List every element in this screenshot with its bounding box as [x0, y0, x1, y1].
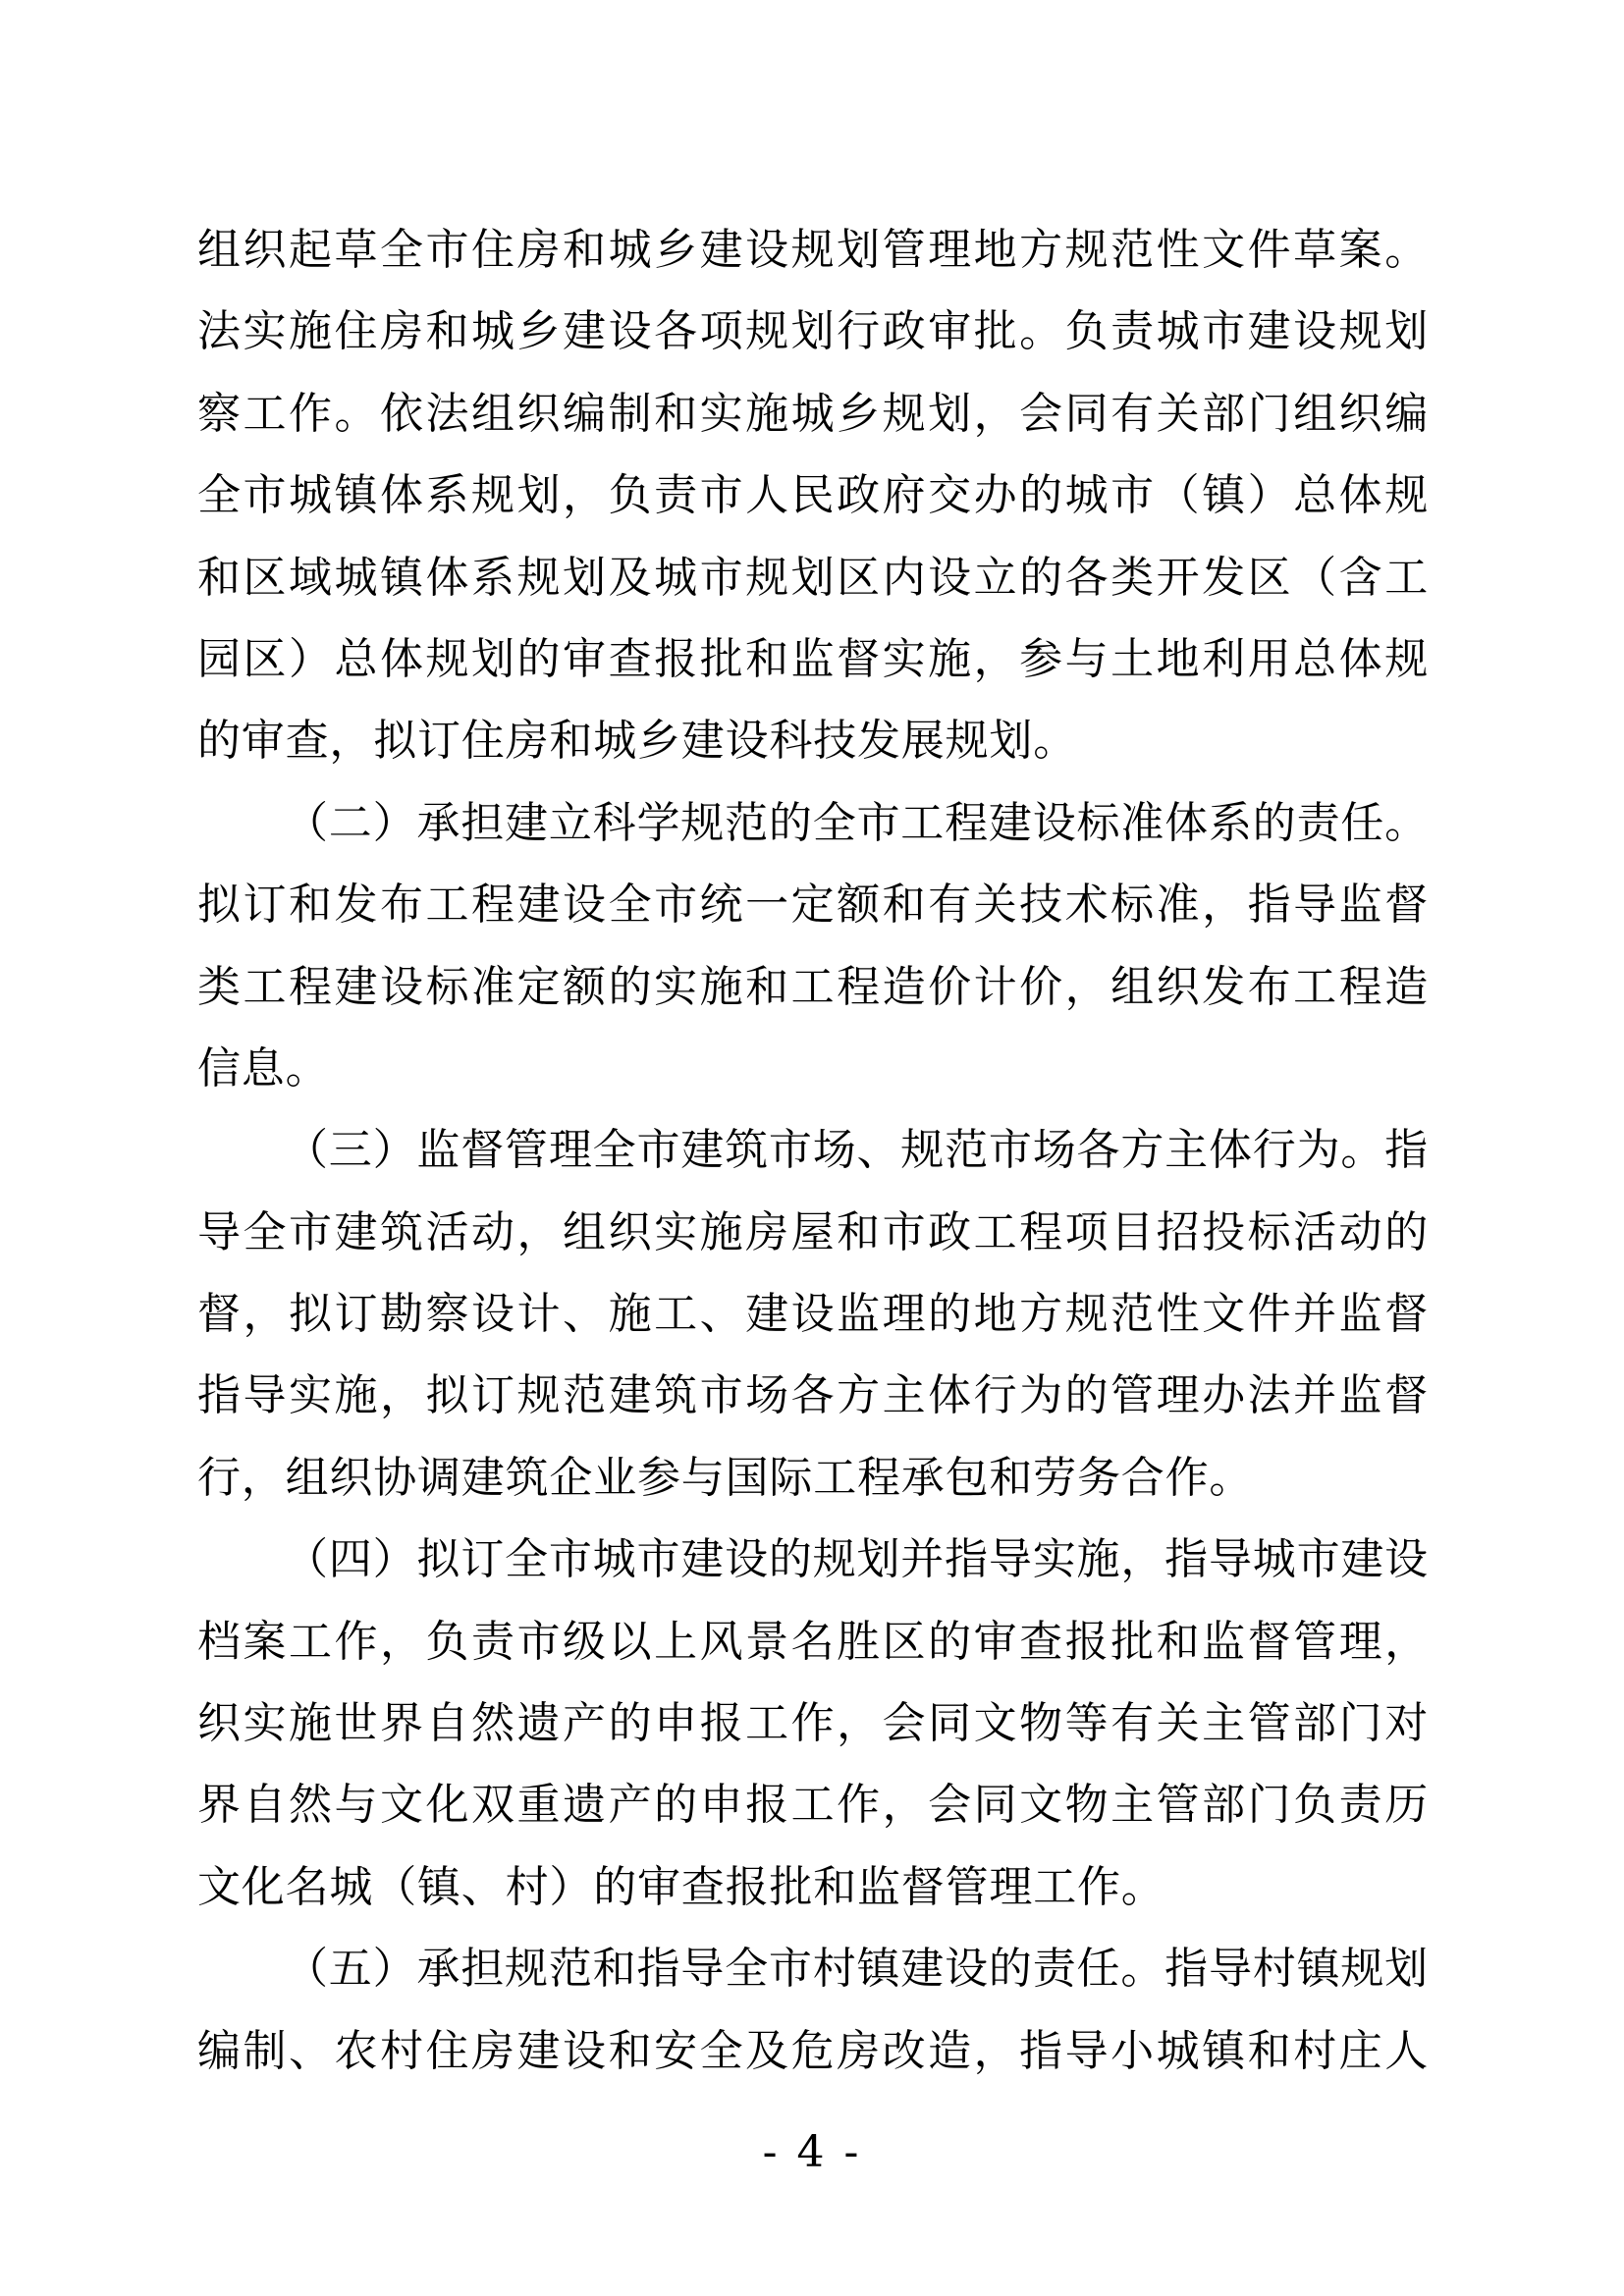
text-line: 和区域城镇体系规划及城市规划区内设立的各类开发区（含工业	[197, 537, 1429, 618]
paragraph: （三）监督管理全市建筑市场、规范市场各方主体行为。指导全市建筑活动，组织实施房屋…	[197, 1109, 1429, 1519]
text-line: 导全市建筑活动，组织实施房屋和市政工程项目招投标活动的监	[197, 1192, 1429, 1273]
text-line: （五）承担规范和指导全市村镇建设的责任。指导村镇规划	[197, 1928, 1429, 2009]
text-line: （四）拟订全市城市建设的规划并指导实施，指导城市建设	[197, 1519, 1429, 1600]
text-line: 察工作。依法组织编制和实施城乡规划，会同有关部门组织编制	[197, 373, 1429, 454]
text-line: 编制、农村住房建设和安全及危房改造，指导小城镇和村庄人居	[197, 2010, 1429, 2092]
text-line: 拟订和发布工程建设全市统一定额和有关技术标准，指导监督各	[197, 864, 1429, 945]
text-line: 界自然与文化双重遗产的申报工作，会同文物主管部门负责历史	[197, 1764, 1429, 1845]
text-line: 园区）总体规划的审查报批和监督实施，参与土地利用总体规划	[197, 618, 1429, 700]
text-line: （二）承担建立科学规范的全市工程建设标准体系的责任。	[197, 782, 1429, 864]
paragraph: （二）承担建立科学规范的全市工程建设标准体系的责任。拟订和发布工程建设全市统一定…	[197, 782, 1429, 1110]
text-line: 法实施住房和城乡建设各项规划行政审批。负责城市建设规划监	[197, 291, 1429, 372]
text-line: 类工程建设标准定额的实施和工程造价计价，组织发布工程造价	[197, 946, 1429, 1028]
paragraph: 组织起草全市住房和城乡建设规划管理地方规范性文件草案。依法实施住房和城乡建设各项…	[197, 209, 1429, 782]
document-page: 组织起草全市住房和城乡建设规划管理地方规范性文件草案。依法实施住房和城乡建设各项…	[0, 0, 1624, 2296]
text-line: 督，拟订勘察设计、施工、建设监理的地方规范性文件并监督和	[197, 1273, 1429, 1355]
paragraph: （四）拟订全市城市建设的规划并指导实施，指导城市建设档案工作，负责市级以上风景名…	[197, 1519, 1429, 1928]
page-number: - 4 -	[0, 2128, 1624, 2177]
document-body: 组织起草全市住房和城乡建设规划管理地方规范性文件草案。依法实施住房和城乡建设各项…	[197, 209, 1429, 2092]
text-line: 文化名城（镇、村）的审查报批和监督管理工作。	[197, 1846, 1429, 1928]
text-line: 信息。	[197, 1028, 1429, 1109]
text-line: 全市城镇体系规划，负责市人民政府交办的城市（镇）总体规划	[197, 454, 1429, 536]
text-line: 组织起草全市住房和城乡建设规划管理地方规范性文件草案。依	[197, 209, 1429, 291]
paragraph: （五）承担规范和指导全市村镇建设的责任。指导村镇规划编制、农村住房建设和安全及危…	[197, 1928, 1429, 2092]
text-line: （三）监督管理全市建筑市场、规范市场各方主体行为。指	[197, 1109, 1429, 1191]
text-line: 织实施世界自然遗产的申报工作，会同文物等有关主管部门对世	[197, 1682, 1429, 1764]
text-line: 的审查，拟订住房和城乡建设科技发展规划。	[197, 700, 1429, 781]
text-line: 指导实施，拟订规范建筑市场各方主体行为的管理办法并监督执	[197, 1355, 1429, 1436]
text-line: 档案工作，负责市级以上风景名胜区的审查报批和监督管理，组	[197, 1601, 1429, 1682]
text-line: 行，组织协调建筑企业参与国际工程承包和劳务合作。	[197, 1437, 1429, 1519]
